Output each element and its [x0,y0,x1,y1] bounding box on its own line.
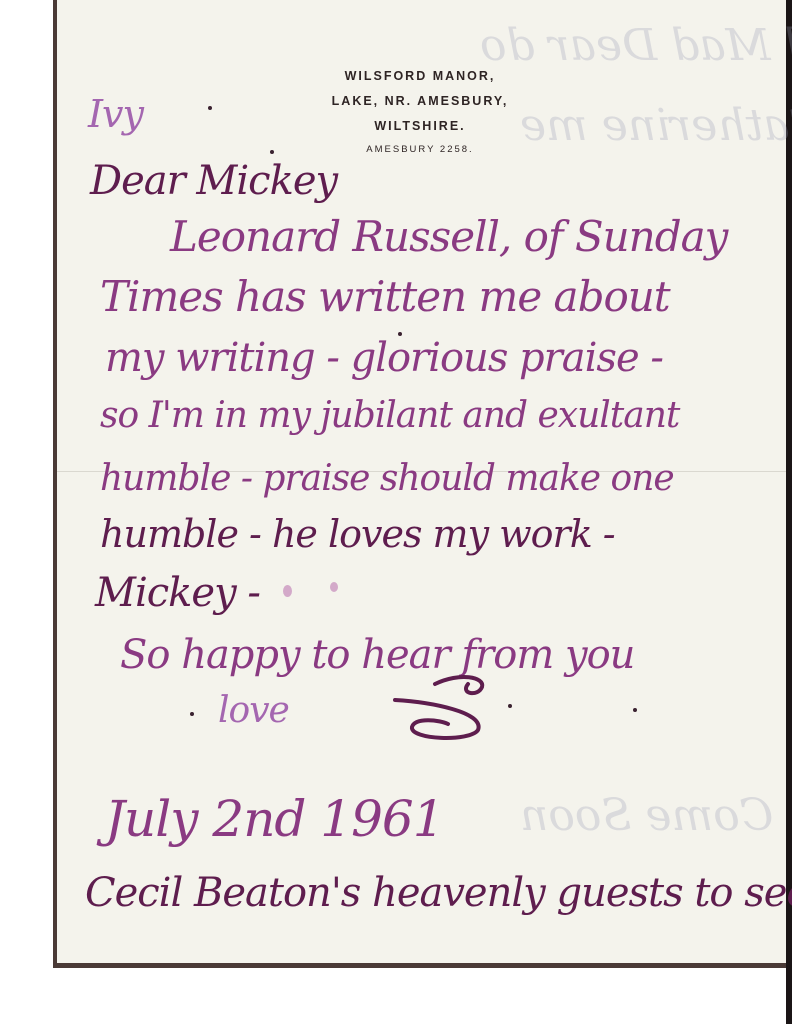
salutation: Dear Mickey [90,158,337,204]
letter-line: Times has written me about [100,272,670,321]
letter-line: Mickey - [95,570,260,616]
ink-dot [398,332,402,336]
letter-line: So happy to hear from you [120,632,634,678]
closing: love [218,690,289,731]
letter-date: July 2nd 1961 [105,790,444,848]
letter-line: humble - praise should make one [100,458,674,499]
ink-dot [208,106,212,110]
letterhead-house: WILSFORD MANOR, [300,64,540,89]
letter-line: humble - he loves my work - [100,512,615,556]
ink-dot [270,150,274,154]
letterhead: WILSFORD MANOR, LAKE, NR. AMESBURY, WILT… [300,64,540,161]
ink-dot [190,712,194,716]
letter-line: my writing - glorious praise - [105,335,663,381]
signature-monogram [390,672,520,742]
ink-blot [330,582,338,592]
ink-dot [508,704,512,708]
postscript: Cecil Beaton's heavenly guests to see me [85,870,792,916]
corner-note: Ivy [88,92,143,136]
ink-dot [633,708,637,712]
ink-blot [283,585,292,597]
show-through-text: Catherine me [520,100,792,151]
show-through-text: Come Soon [520,790,773,841]
letter-line: so I'm in my jubilant and exultant [100,395,679,436]
letterhead-county: WILTSHIRE. [300,114,540,139]
letterhead-locality: LAKE, NR. AMESBURY, [300,89,540,114]
letter-line: Leonard Russell, of Sunday [170,212,727,261]
